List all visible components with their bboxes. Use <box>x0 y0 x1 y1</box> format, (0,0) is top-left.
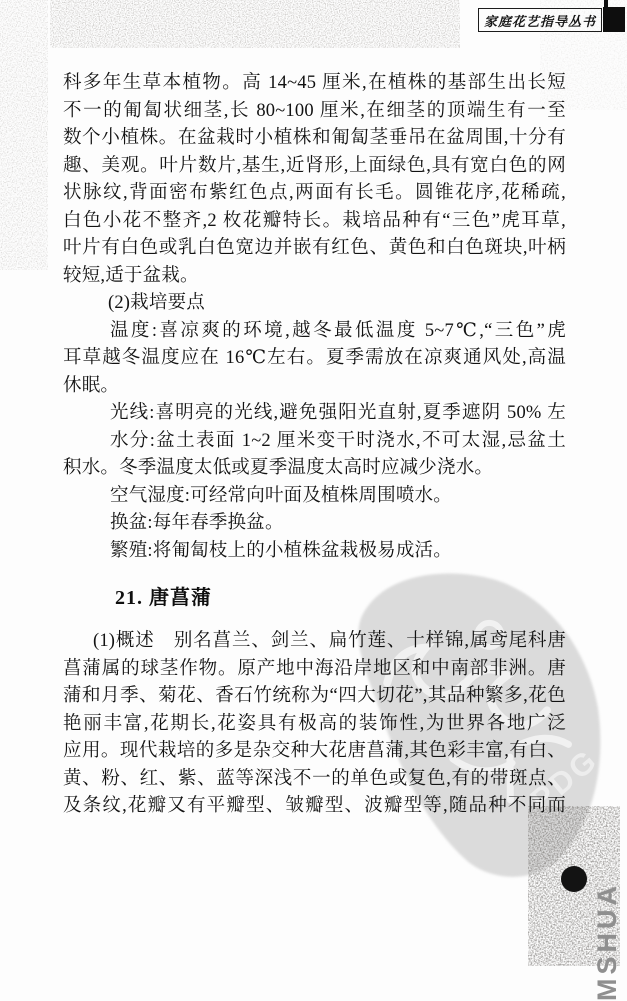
body-text-column: 科多年生草本植物。高 14~45 厘米,在植株的基部生出长短 不一的匍匐状细茎,… <box>63 70 566 821</box>
text-line: 较短,适于盆栽。 <box>63 263 566 291</box>
text-line: 水分:盆土表面 1~2 厘米变干时浇水,不可太湿,忌盆土 <box>63 428 566 456</box>
series-badge: 家庭花艺指导丛书 <box>478 8 625 33</box>
badge-square-tab <box>604 0 608 8</box>
text-line: 温度:喜凉爽的环境,越冬最低温度 5~7℃,“三色”虎 <box>63 318 566 346</box>
scan-noise <box>50 0 460 48</box>
text-line: 黄、粉、红、紫、蓝等深浅不一的单色或复色,有的带斑点、彩边 <box>63 766 566 794</box>
scan-noise <box>0 0 48 270</box>
page-marker-dot <box>561 866 587 892</box>
text-line: 耳草越冬温度应在 16℃左右。夏季需放在凉爽通风处,高温 <box>63 345 566 373</box>
text-line: 白色小花不整齐,2 枚花瓣特长。栽培品种有“三色”虎耳草, <box>63 208 566 236</box>
text-line: 繁殖:将匍匐枝上的小植株盆栽极易成活。 <box>63 538 566 566</box>
text-line: 艳丽丰富,花期长,花姿具有极高的装饰性,为世界各地广泛 <box>63 711 566 739</box>
text-line: 科多年生草本植物。高 14~45 厘米,在植株的基部生出长短 <box>63 70 566 98</box>
text-line: 积水。冬季温度太低或夏季温度太高时应减少浇水。 <box>63 455 566 483</box>
text-line: 空气湿度:可经常向叶面及植株周围喷水。 <box>63 483 566 511</box>
scanned-book-page: PDG 家庭花艺指导丛书 科多年生草本植物。高 14~45 厘米,在植株的基部生… <box>0 0 627 1001</box>
side-vertical-label: MSHUA <box>592 866 623 1001</box>
series-title: 家庭花艺指导丛书 <box>484 11 596 30</box>
text-line: 趣、美观。叶片数片,基生,近肾形,上面绿色,具有宽白色的网 <box>63 153 566 181</box>
text-line: 状脉纹,背面密布紫红色点,两面有长毛。圆锥花序,花稀疏, <box>63 180 566 208</box>
text-line: 不一的匍匐状细茎,长 80~100 厘米,在细茎的顶端生有一至 <box>63 98 566 126</box>
section-heading-21: 21. 唐菖蒲 <box>115 585 566 611</box>
series-badge-box: 家庭花艺指导丛书 <box>478 8 602 32</box>
text-line: 休眠。 <box>63 373 566 401</box>
text-line: 蒲和月季、菊花、香石竹统称为“四大切花”,其品种繁多,花色 <box>63 683 566 711</box>
text-line: 光线:喜明亮的光线,避免强阳光直射,夏季遮阴 50% 左右。 <box>63 400 566 428</box>
text-line: 换盆:每年春季换盆。 <box>63 510 566 538</box>
text-line: 菖蒲属的球茎作物。原产地中海沿岸地区和中南部非洲。唐菖 <box>63 656 566 684</box>
text-line: 数个小植株。在盆栽时小植株和匍匐茎垂吊在盆周围,十分有 <box>63 125 566 153</box>
badge-black-square <box>603 7 625 32</box>
text-line: (1)概述 别名菖兰、剑兰、扁竹莲、十样锦,属鸢尾科唐 <box>63 628 566 656</box>
text-line: 及条纹,花瓣又有平瓣型、皱瓣型、波瓣型等,随品种不同而 <box>63 793 566 821</box>
text-line: 叶片有白色或乳白色宽边并嵌有红色、黄色和白色斑块,叶柄 <box>63 235 566 263</box>
subsection-heading: (2)栽培要点 <box>63 290 566 318</box>
text-line: 应用。现代栽培的多是杂交种大花唐菖蒲,其色彩丰富,有白、 <box>63 738 566 766</box>
